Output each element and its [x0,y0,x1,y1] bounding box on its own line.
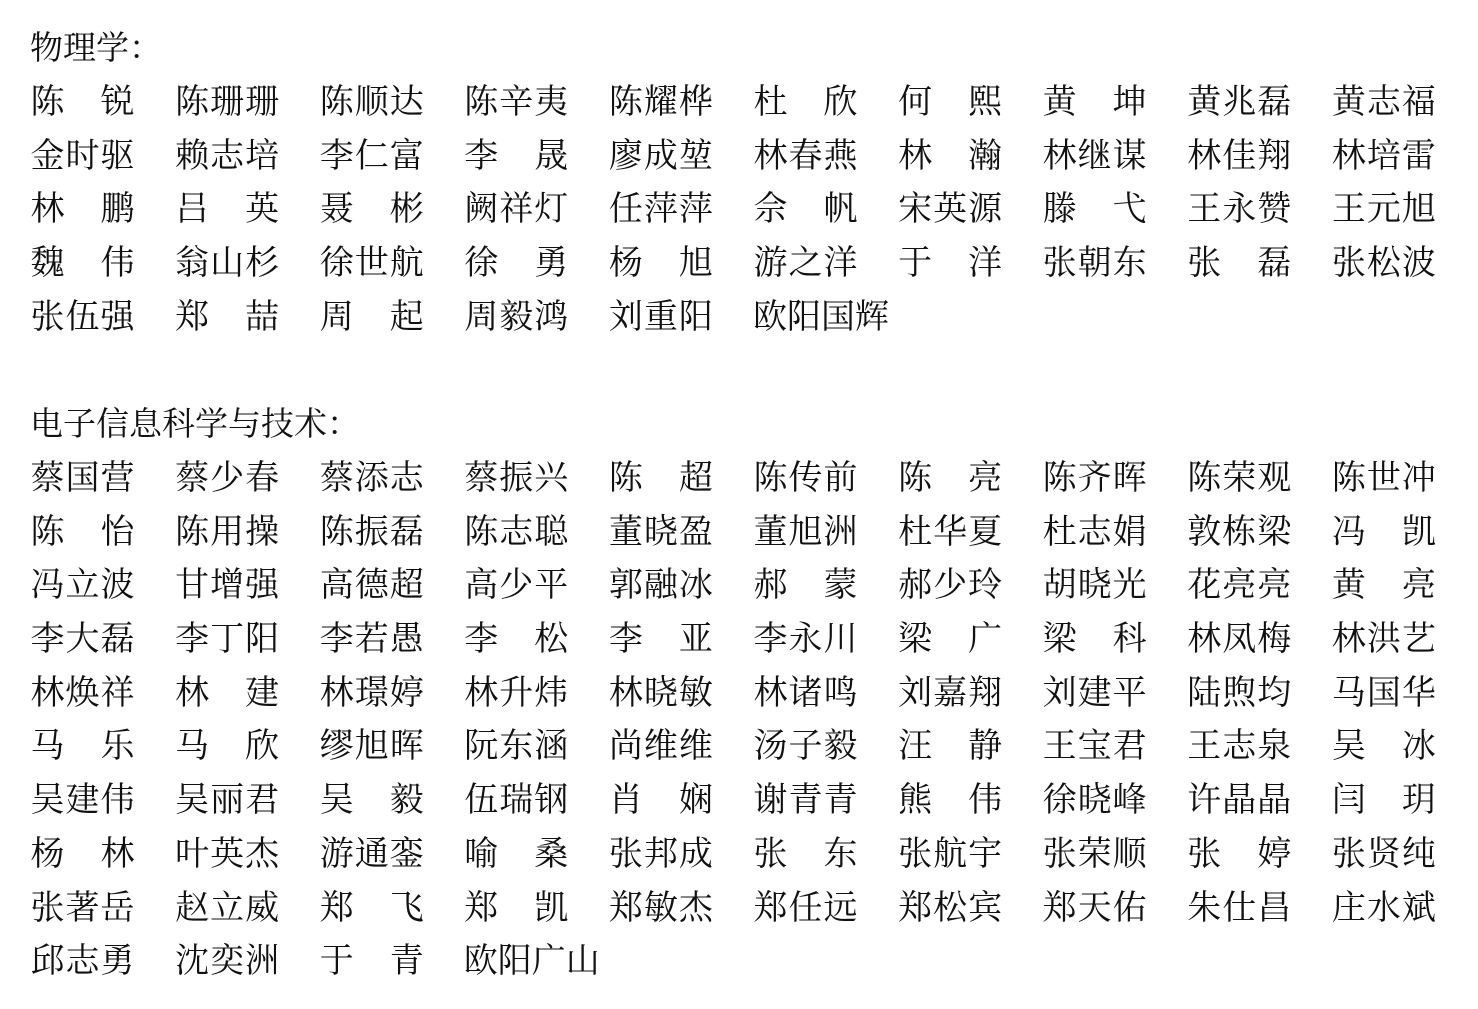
name-entry: 刘建平 [1042,673,1147,713]
name-entry: 闫玥 [1331,780,1436,820]
name-entry: 杜志娟 [1042,512,1147,552]
section-title: 物理学： [30,28,1450,68]
name-entry: 林培雷 [1331,136,1436,176]
name-entry: 沈奕洲 [175,941,280,981]
name-entry: 甘增强 [175,565,280,605]
name-entry: 郭融冰 [608,565,713,605]
name-entry: 郑天佑 [1042,888,1147,928]
name-entry: 林凤梅 [1187,619,1292,659]
name-entry: 佘帆 [753,189,858,229]
name-entry: 李若愚 [319,619,424,659]
name-entry: 邱志勇 [30,941,135,981]
name-entry: 吕英 [175,189,280,229]
name-entry: 张邦成 [608,834,713,874]
name-entry: 陈用操 [175,512,280,552]
name-entry: 林鹏 [30,189,135,229]
name-entry: 聂彬 [319,189,424,229]
name-entry: 叶英杰 [175,834,280,874]
name-entry: 花亮亮 [1187,565,1292,605]
name-entry: 李松 [464,619,569,659]
name-entry: 张朝东 [1042,243,1147,283]
name-entry: 林升炜 [464,673,569,713]
name-entry: 杨林 [30,834,135,874]
name-entry: 高德超 [319,565,424,605]
name-entry: 马国华 [1331,673,1436,713]
name-entry: 翁山杉 [175,243,280,283]
name-entry: 欧阳国辉 [753,297,858,337]
name-entry: 吴丽君 [175,780,280,820]
name-entry: 林继谋 [1042,136,1147,176]
name-entry: 蔡少春 [175,458,280,498]
name-entry: 廖成堃 [608,136,713,176]
name-entry: 魏伟 [30,243,135,283]
name-entry: 阙祥灯 [464,189,569,229]
name-entry: 杜华夏 [898,512,1003,552]
name-entry: 林建 [175,673,280,713]
name-entry: 李永川 [753,619,858,659]
name-entry: 郑飞 [319,888,424,928]
name-entry: 蔡国营 [30,458,135,498]
name-entry: 陈耀桦 [608,82,713,122]
name-entry: 徐世航 [319,243,424,283]
name-entry: 梁科 [1042,619,1147,659]
name-entry: 王永赞 [1187,189,1292,229]
name-entry: 蔡添志 [319,458,424,498]
name-entry: 刘重阳 [608,297,713,337]
name-entry: 黄亮 [1331,565,1436,605]
name-entry: 何熙 [898,82,1003,122]
name-entry: 金时驱 [30,136,135,176]
name-entry: 于洋 [898,243,1003,283]
name-entry: 黄坤 [1042,82,1147,122]
name-entry: 谢青青 [753,780,858,820]
name-entry: 胡晓光 [1042,565,1147,605]
name-entry: 张航宇 [898,834,1003,874]
name-entry: 林璟婷 [319,673,424,713]
name-entry: 王志泉 [1187,726,1292,766]
name-entry: 尚维维 [608,726,713,766]
name-entry: 冯凯 [1331,512,1436,552]
name-entry: 黄志福 [1331,82,1436,122]
name-entry: 陈传前 [753,458,858,498]
section-physics: 物理学： 陈锐陈珊珊陈顺达陈辛夷陈耀桦杜欣何熙黄坤黄兆磊黄志福金时驱赖志培李仁富… [30,28,1450,350]
name-entry: 熊伟 [898,780,1003,820]
name-entry: 徐勇 [464,243,569,283]
name-entry: 张松波 [1331,243,1436,283]
name-entry: 冯立波 [30,565,135,605]
name-grid: 陈锐陈珊珊陈顺达陈辛夷陈耀桦杜欣何熙黄坤黄兆磊黄志福金时驱赖志培李仁富李晟廖成堃… [30,82,1450,350]
name-entry: 郑喆 [175,297,280,337]
name-entry: 陈志聪 [464,512,569,552]
name-entry: 许晶晶 [1187,780,1292,820]
name-entry: 陈顺达 [319,82,424,122]
name-entry: 李晟 [464,136,569,176]
name-entry: 张伍强 [30,297,135,337]
name-entry: 吴建伟 [30,780,135,820]
name-entry: 林晓敏 [608,673,713,713]
section-title: 电子信息科学与技术： [30,404,1450,444]
name-entry: 喻桑 [464,834,569,874]
name-entry: 庄水斌 [1331,888,1436,928]
name-entry: 阮东涵 [464,726,569,766]
name-entry: 陈亮 [898,458,1003,498]
name-entry: 朱仕昌 [1187,888,1292,928]
name-entry: 林诸鸣 [753,673,858,713]
name-entry: 梁广 [898,619,1003,659]
name-entry: 郝蒙 [753,565,858,605]
name-entry: 王元旭 [1331,189,1436,229]
name-entry: 董旭洲 [753,512,858,552]
name-entry: 林瀚 [898,136,1003,176]
name-entry: 杨旭 [608,243,713,283]
name-entry: 郑凯 [464,888,569,928]
name-entry: 吴毅 [319,780,424,820]
name-entry: 陆煦均 [1187,673,1292,713]
name-entry: 陈珊珊 [175,82,280,122]
name-entry: 郑任远 [753,888,858,928]
name-entry: 杜欣 [753,82,858,122]
section-electronic-info: 电子信息科学与技术： 蔡国营蔡少春蔡添志蔡振兴陈超陈传前陈亮陈齐晖陈荣观陈世冲陈… [30,404,1450,995]
name-entry: 周毅鸿 [464,297,569,337]
name-entry: 肖娴 [608,780,713,820]
name-entry: 汪静 [898,726,1003,766]
name-entry: 赖志培 [175,136,280,176]
name-entry: 刘嘉翔 [898,673,1003,713]
name-entry: 陈超 [608,458,713,498]
name-entry: 陈世冲 [1331,458,1436,498]
name-entry: 周起 [319,297,424,337]
name-entry: 马乐 [30,726,135,766]
name-entry: 张东 [753,834,858,874]
name-entry: 郑敏杰 [608,888,713,928]
name-entry: 敦栋梁 [1187,512,1292,552]
name-entry: 林春燕 [753,136,858,176]
name-entry: 陈锐 [30,82,135,122]
name-entry: 张磊 [1187,243,1292,283]
name-entry: 黄兆磊 [1187,82,1292,122]
name-entry: 李仁富 [319,136,424,176]
name-entry: 游通銮 [319,834,424,874]
name-entry: 汤子毅 [753,726,858,766]
name-entry: 郑松宾 [898,888,1003,928]
name-entry: 陈怡 [30,512,135,552]
name-entry: 吴冰 [1331,726,1436,766]
name-entry: 张贤纯 [1331,834,1436,874]
name-entry: 宋英源 [898,189,1003,229]
name-entry: 张婷 [1187,834,1292,874]
name-entry: 林焕祥 [30,673,135,713]
name-grid: 蔡国营蔡少春蔡添志蔡振兴陈超陈传前陈亮陈齐晖陈荣观陈世冲陈怡陈用操陈振磊陈志聪董… [30,458,1450,995]
name-entry: 董晓盈 [608,512,713,552]
name-entry: 伍瑞钢 [464,780,569,820]
name-entry: 于青 [319,941,424,981]
name-entry: 滕弋 [1042,189,1147,229]
name-entry: 游之洋 [753,243,858,283]
name-entry: 高少平 [464,565,569,605]
name-entry: 郝少玲 [898,565,1003,605]
name-entry: 赵立威 [175,888,280,928]
name-entry: 缪旭晖 [319,726,424,766]
name-entry: 李亚 [608,619,713,659]
name-entry: 王宝君 [1042,726,1147,766]
name-entry: 林洪艺 [1331,619,1436,659]
name-entry: 任萍萍 [608,189,713,229]
name-entry: 李丁阳 [175,619,280,659]
name-entry: 张荣顺 [1042,834,1147,874]
name-entry: 林佳翔 [1187,136,1292,176]
name-entry: 陈荣观 [1187,458,1292,498]
name-entry: 张著岳 [30,888,135,928]
name-entry: 陈振磊 [319,512,424,552]
name-entry: 蔡振兴 [464,458,569,498]
name-entry: 徐晓峰 [1042,780,1147,820]
name-entry: 李大磊 [30,619,135,659]
name-entry: 陈辛夷 [464,82,569,122]
name-entry: 陈齐晖 [1042,458,1147,498]
name-entry: 欧阳广山 [464,941,569,981]
name-entry: 马欣 [175,726,280,766]
